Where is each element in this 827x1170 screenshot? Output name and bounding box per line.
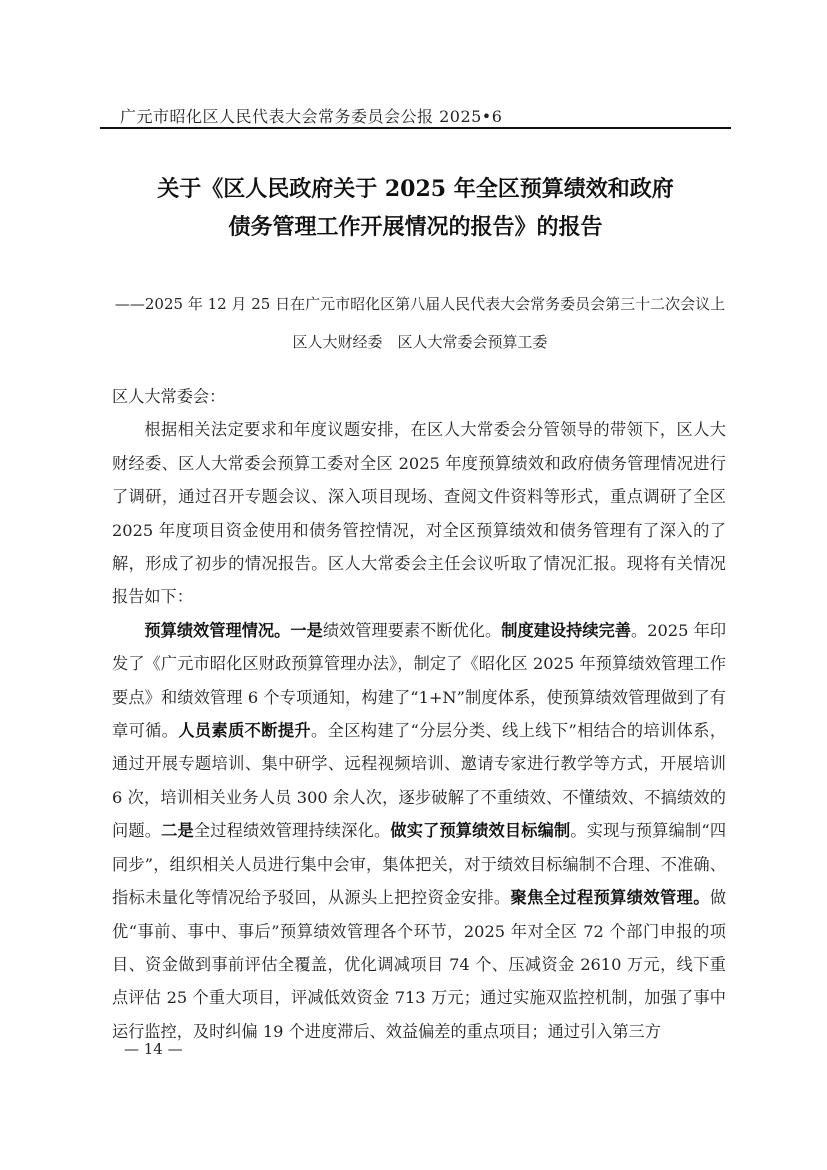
salutation: 区人大常委会： [112,380,726,413]
title-line-2: 债务管理工作开展情况的报告》的报告 [100,208,731,246]
reporting-committees: 区人大财经委 区人大常委会预算工委 [100,323,740,361]
page-number: — 14 — [124,1040,183,1058]
subheading-full-process: 聚焦全过程预算绩效管理。 [511,888,710,907]
paragraph-budget-performance: 预算绩效管理情况。一是绩效管理要素不断优化。制度建设持续完善。2025 年印发了… [112,614,726,1048]
paragraph-intro: 根据相关法定要求和年度议题安排，在区人大常委会分管领导的带领下，区人大财经委、区… [112,413,726,613]
text-run: 绩效管理要素不断优化。 [323,621,501,640]
header-divider [100,127,731,129]
text-run: 全过程绩效管理持续深化。 [194,821,390,840]
subheading-target-compilation: 做实了预算绩效目标编制 [390,821,570,840]
document-title: 关于《区人民政府关于 2025 年全区预算绩效和政府 债务管理工作开展情况的报告… [100,170,731,246]
text-run: 做优“事前、事中、事后”预算绩效管理各个环节，2025 年对全区 72 个部门申… [112,888,726,1041]
document-body: 区人大常委会： 根据相关法定要求和年度议题安排，在区人大常委会分管领导的带领下，… [112,380,726,1048]
subheading-system-building: 制度建设持续完善 [501,621,631,640]
point-marker-2: 二是 [161,821,194,840]
document-subtitle: ——2025 年 12 月 25 日在广元市昭化区第八届人民代表大会常务委员会第… [100,285,740,361]
meeting-info: ——2025 年 12 月 25 日在广元市昭化区第八届人民代表大会常务委员会第… [100,285,740,323]
section-heading: 预算绩效管理情况。 [144,621,290,640]
subheading-personnel-quality: 人员素质不断提升 [178,721,311,740]
gazette-header-title: 广元市昭化区人民代表大会常务委员会公报 2025•6 [120,104,502,127]
point-marker-1: 一是 [290,621,322,640]
title-line-1: 关于《区人民政府关于 2025 年全区预算绩效和政府 [100,170,731,208]
